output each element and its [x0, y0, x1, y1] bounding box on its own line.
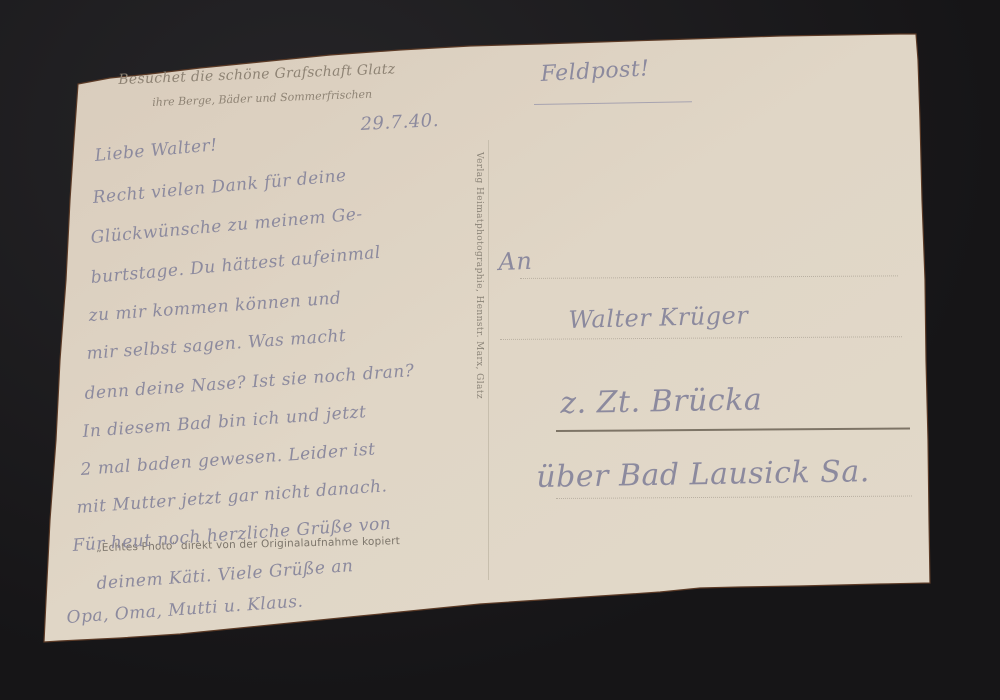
center-divider — [488, 140, 489, 580]
publisher-imprint: Verlag Heimatphotographie, Hennstr. Marx… — [474, 152, 484, 399]
postcard: Besuchet die schöne Grafschaft Glatz ihr… — [0, 0, 1000, 700]
address-line: Walter Krüger — [568, 301, 749, 334]
address-line: über Bad Lausick Sa. — [536, 454, 870, 495]
message-date: 29.7.40. — [360, 110, 439, 135]
address-line: z. Zt. Brücka — [560, 382, 763, 421]
address-line: An — [498, 247, 533, 276]
